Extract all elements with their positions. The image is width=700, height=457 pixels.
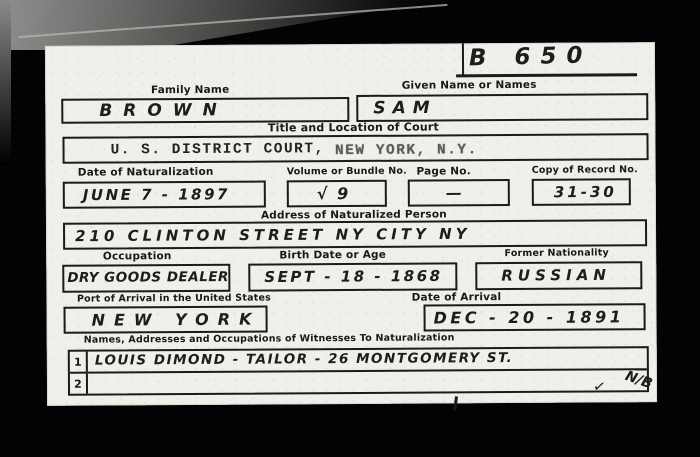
record-value: 31-30 <box>554 184 617 199</box>
volume-value: √ 9 <box>317 186 350 202</box>
arrival-date-label: Date of Arrival <box>376 292 536 303</box>
witness-row-1-value: LOUIS DIMOND - TAILOR - 26 MONTGOMERY ST… <box>88 352 513 368</box>
occupation-box: DRY GOODS DEALER <box>62 264 230 293</box>
checkmark-annotation: ✓ <box>592 379 607 396</box>
page-box: — <box>408 179 510 207</box>
family-name-value: BROWN <box>99 102 228 120</box>
witnesses-label: Names, Addresses and Occupations of Witn… <box>84 332 644 345</box>
volume-label: Volume or Bundle No. <box>287 167 383 177</box>
naturalization-date-box: JUNE 7 - 1897 <box>63 181 266 209</box>
given-name-value: SAM <box>373 99 436 116</box>
witnesses-table: 1 LOUIS DIMOND - TAILOR - 26 MONTGOMERY … <box>68 346 649 396</box>
arrival-date-box: DEC - 20 - 1891 <box>423 303 645 331</box>
stray-ink-tick <box>453 396 458 410</box>
occupation-value: DRY GOODS DEALER <box>67 271 229 285</box>
address-box: 210 CLINTON STREET NY CITY NY <box>63 219 647 250</box>
microfilm-scan: B 650 Family Name Given Name or Names BR… <box>0 0 700 457</box>
occupation-label: Occupation <box>55 251 219 263</box>
family-name-box: BROWN <box>61 97 349 124</box>
record-label: Copy of Record No. <box>532 165 627 175</box>
given-name-box: SAM <box>356 93 648 122</box>
volume-box: √ 9 <box>287 180 387 208</box>
nationality-box: RUSSIAN <box>475 261 642 290</box>
witness-row-1-number: 1 <box>70 352 88 372</box>
birth-value: SEPT - 18 - 1868 <box>264 269 442 285</box>
ref-box-left-rule <box>462 43 464 76</box>
nationality-label: Former Nationality <box>475 248 638 258</box>
court-stamp: U. S. DISTRICT COURT, NEW YORK, N.Y. <box>110 140 477 158</box>
arrival-date-value: DEC - 20 - 1891 <box>434 309 625 326</box>
court-label: Title and Location of Court <box>62 120 644 135</box>
ref-underline <box>456 73 637 77</box>
port-label: Port of Arrival in the United States <box>66 293 281 304</box>
naturalization-date-value: JUNE 7 - 1897 <box>83 187 230 203</box>
witness-row-2-number: 2 <box>70 374 88 394</box>
family-name-label: Family Name <box>48 84 332 96</box>
birth-box: SEPT - 18 - 1868 <box>248 262 457 291</box>
port-value: NEW YORK <box>92 311 261 328</box>
page-value: — <box>446 185 462 201</box>
film-edge-strip <box>0 0 11 165</box>
court-box: U. S. DISTRICT COURT, NEW YORK, N.Y. <box>62 133 648 164</box>
naturalization-date-label: Date of Naturalization <box>46 167 246 179</box>
witness-row-2: 2 <box>70 368 647 394</box>
record-box: 31-30 <box>532 178 631 206</box>
ref-number: B 650 <box>469 44 593 70</box>
court-stamp-secondary: NEW YORK, N.Y. <box>325 142 478 159</box>
nationality-value: RUSSIAN <box>501 268 611 284</box>
port-box: NEW YORK <box>64 306 268 334</box>
birth-label: Birth Date or Age <box>230 249 435 261</box>
naturalization-index-card: B 650 Family Name Given Name or Names BR… <box>45 42 657 406</box>
court-stamp-primary: U. S. DISTRICT COURT, <box>110 141 324 158</box>
address-value: 210 CLINTON STREET NY CITY NY <box>75 226 471 243</box>
page-label: Page No. <box>395 166 493 177</box>
given-name-label: Given Name or Names <box>339 79 599 91</box>
